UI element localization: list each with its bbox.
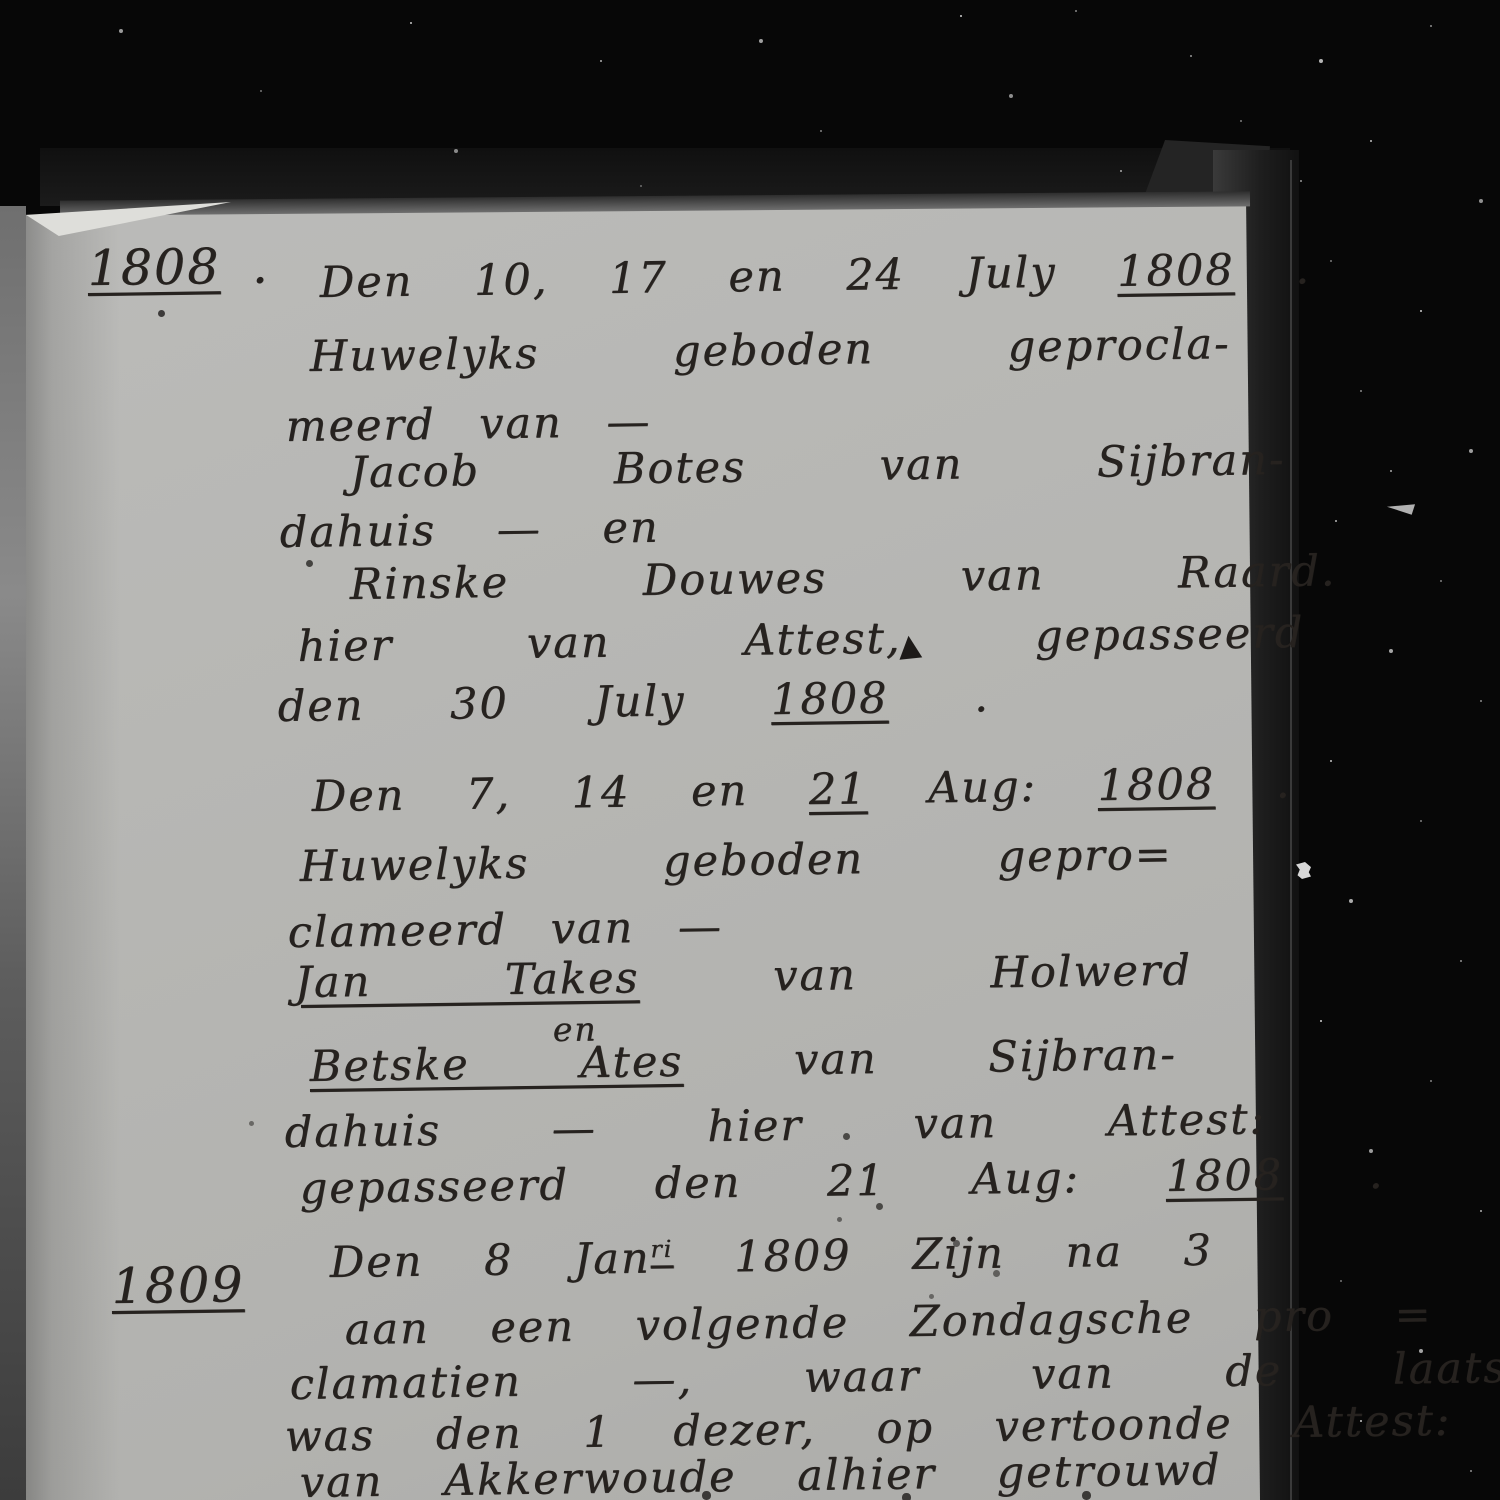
handwritten-text-segment: ri [650,1235,673,1263]
handwritten-text-segment: clameerd van — [287,902,723,958]
handwritten-text-segment: Den 8 Jan [329,1234,651,1288]
handwritten-text-segment: van Holwerd [639,945,1192,1003]
handwritten-text-segment: 1808 [1097,759,1215,811]
handwritten-line: clameerd van — [287,902,723,958]
handwritten-text-segment: Jan Takes [294,953,639,1008]
register-page-scan: 1808 . 1809 Den 10, 17 en 24 July 1808 .… [0,0,1500,1500]
handwritten-text-segment: 1808 [771,673,889,725]
handwritten-text-segment: Den 7, 14 en [311,765,809,822]
handwritten-text-segment: . [1215,758,1292,809]
handwritten-line: dahuis — en [279,503,660,558]
margin-year-1809: 1809 [111,1256,244,1315]
scratch-mark [1387,496,1415,514]
margin-year-1808: 1808 . [87,237,270,297]
binding-gutter-strip [0,206,26,1500]
ink-specks [0,0,3,3]
handwritten-text-segment: 1809 Zijn na 3 [673,1226,1213,1284]
handwritten-text-segment: dahuis — en [279,503,660,558]
handwritten-text-segment: 1808 [1165,1150,1283,1202]
handwritten-text-segment: . [1283,1149,1385,1200]
handwritten-text-segment: . [1234,244,1311,295]
handwritten-text-segment: Betske Ates [309,1037,683,1092]
handwritten-line: den 30 July 1808 . [277,672,990,732]
handwritten-text-segment: 1808 [1117,245,1235,297]
handwritten-text-segment: 21 [808,764,867,815]
attest-caret-ink-mark: ▲ [896,627,923,664]
handwritten-text-segment: Aug: [867,761,1098,814]
handwritten-text-segment: van Sijbran- [683,1030,1177,1087]
handwritten-text-segment: den 30 July [277,675,771,732]
handwritten-text-segment: . [888,672,990,723]
